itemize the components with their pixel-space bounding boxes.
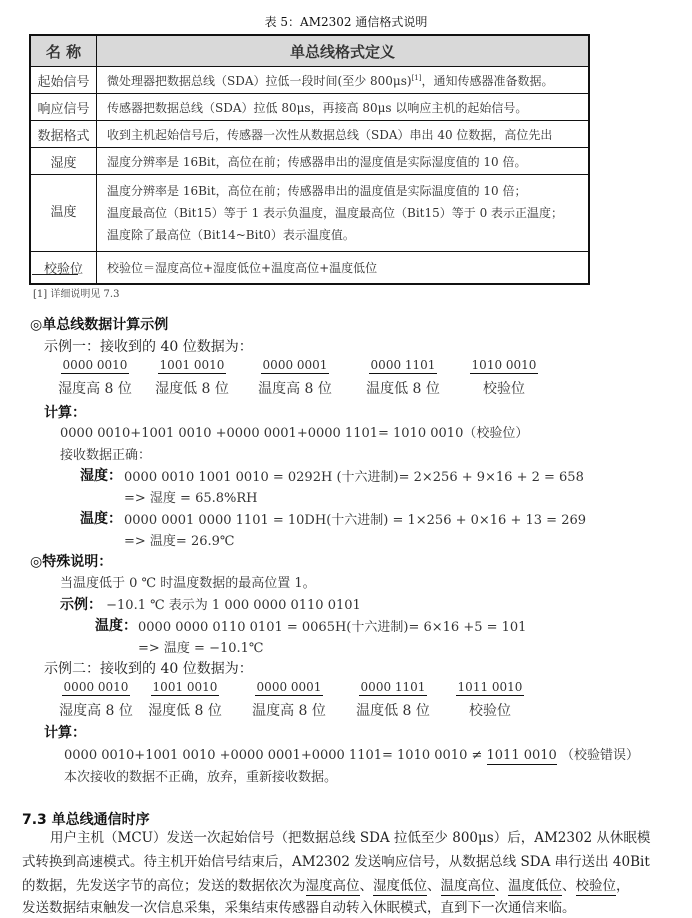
- hum-label: 湿度：: [80, 465, 122, 485]
- ex1-field: 0000 0010湿度高 8 位: [55, 358, 135, 398]
- ex1-field: 1010 0010校验位: [464, 358, 544, 398]
- ex2-field: 0000 0010湿度高 8 位: [56, 680, 136, 720]
- ex1-ok: 接收数据正确：: [60, 444, 151, 463]
- temp-label: 温度：: [80, 508, 122, 528]
- special-example: 示例： −10.1 ℃ 表示为 1 000 0000 0110 0101: [60, 594, 361, 614]
- footnote-divider: [32, 274, 78, 275]
- special-note: 当温度低于 0 ℃ 时温度数据的最高位置 1。: [60, 572, 316, 591]
- section-7-3-line1: 用户主机（MCU）发送一次起始信号（把数据总线 SDA 拉低至少 800μs）后…: [50, 826, 690, 851]
- table-row: 湿度 湿度分辨率是 16Bit，高位在前；传感器串出的湿度值是实际湿度值的 10…: [30, 148, 589, 175]
- hum-calc: 0000 0010 1001 0010 = 0292H (十六进制)= 2×25…: [124, 466, 584, 485]
- example1-title: 示例一：接收到的 40 位数据为：: [44, 336, 253, 356]
- table-caption: 表 5：AM2302 通信格式说明: [0, 13, 692, 30]
- ex2-calc: 0000 0010+1001 0010 +0000 0001+0000 1101…: [64, 744, 639, 763]
- temp-calc: 0000 0001 0000 1101 = 10DH(十六进制) = 1×256…: [124, 509, 586, 528]
- header-definition: 单总线格式定义: [97, 35, 590, 67]
- ex2-field: 0000 0001温度高 8 位: [249, 680, 329, 720]
- ex1-field: 0000 0001温度高 8 位: [255, 358, 335, 398]
- ex2-conclusion: 本次接收的数据不正确，放弃，重新接收数据。: [64, 766, 337, 785]
- table-row: 起始信号 微处理器把数据总线（SDA）拉低一段时间(至少 800μs)[1]，通…: [30, 67, 589, 94]
- section-7-3-line2: 式转换到高速模式。待主机开始信号结束后，AM2302 发送响应信号，从数据总线 …: [22, 850, 692, 875]
- footnote: [1] 详细说明见 7.3: [33, 285, 119, 300]
- calc-label: 计算：: [44, 402, 86, 422]
- ex2-field: 0000 1101温度低 8 位: [353, 680, 433, 720]
- section-7-3-line4: 发送数据结束触发一次信息采集，采集结束传感器自动转入休眠模式，直到下一次通信来临…: [22, 896, 692, 918]
- table-row: 响应信号 传感器把数据总线（SDA）拉低 80μs，再接高 80μs 以响应主机…: [30, 94, 589, 121]
- special-title: ◎特殊说明：: [30, 551, 112, 571]
- ex1-field: 1001 0010湿度低 8 位: [152, 358, 232, 398]
- special-temp-label: 温度：: [95, 615, 137, 635]
- table-row: 校验位 校验位＝湿度高位+湿度低位+温度高位+温度低位: [30, 252, 589, 284]
- special-temp-calc: 0000 0000 0110 0101 = 0065H(十六进制)= 6×16 …: [138, 616, 526, 635]
- table-row: 温度 温度分辨率是 16Bit，高位在前；传感器串出的温度值是实际温度值的 10…: [30, 175, 589, 252]
- special-temp-result: => 温度 = −10.1℃: [138, 637, 263, 656]
- example2-title: 示例二：接收到的 40 位数据为：: [44, 658, 253, 678]
- ex2-calc-label: 计算：: [44, 722, 86, 742]
- ex2-field: 1001 0010湿度低 8 位: [145, 680, 225, 720]
- ex1-calc: 0000 0010+1001 0010 +0000 0001+0000 1101…: [60, 422, 528, 441]
- ex2-field: 1011 0010校验位: [450, 680, 530, 720]
- section-title-example: ◎单总线数据计算示例: [30, 314, 168, 334]
- hum-result: => 湿度 = 65.8%RH: [124, 487, 258, 506]
- table-header-row: 名 称 单总线格式定义: [30, 35, 589, 67]
- table-row: 数据格式 收到主机起始信号后，传感器一次性从数据总线（SDA）串出 40 位数据…: [30, 121, 589, 148]
- format-table: 名 称 单总线格式定义 起始信号 微处理器把数据总线（SDA）拉低一段时间(至少…: [29, 34, 590, 285]
- temp-result: => 温度= 26.9℃: [124, 530, 234, 549]
- header-name: 名 称: [30, 35, 97, 67]
- ex1-field: 0000 1101温度低 8 位: [363, 358, 443, 398]
